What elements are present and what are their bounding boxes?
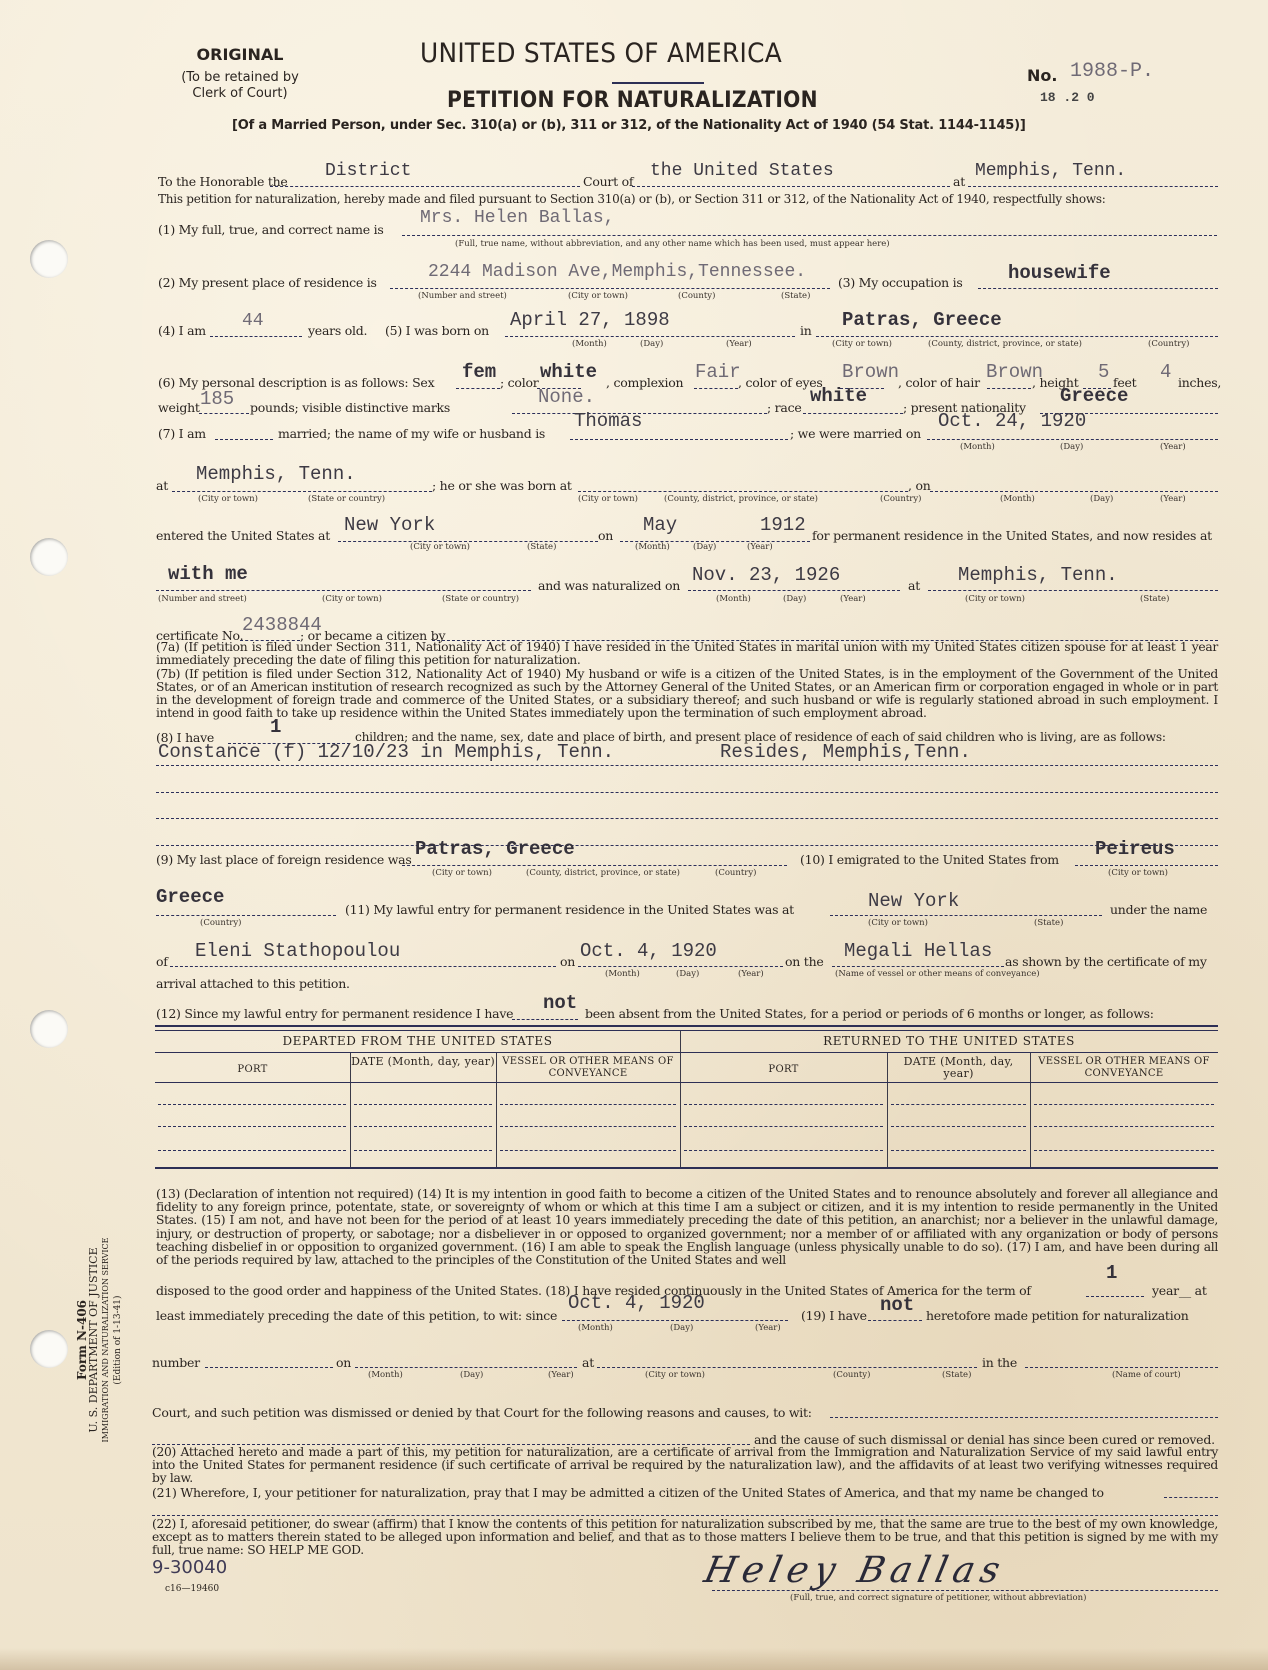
caption: (Country) bbox=[1148, 339, 1189, 349]
caption: (City or town) bbox=[322, 594, 382, 604]
original-label: ORIGINAL bbox=[175, 45, 305, 64]
table-cell[interactable] bbox=[354, 1104, 492, 1105]
q9-label: (9) My last place of foreign residence w… bbox=[156, 852, 412, 867]
field-line bbox=[1164, 1497, 1218, 1498]
since-label: least immediately preceding the date of … bbox=[156, 1308, 557, 1323]
table-cell[interactable] bbox=[500, 1150, 676, 1151]
emigrated-country-value[interactable]: Greece bbox=[156, 886, 224, 908]
field-line bbox=[830, 915, 1102, 916]
field-line bbox=[930, 491, 1218, 492]
child-1-value[interactable]: Constance (f) 12/10/23 in Memphis, Tenn. bbox=[158, 741, 614, 763]
caption: (State) bbox=[1140, 594, 1169, 604]
nationality-value[interactable]: Greece bbox=[1060, 385, 1128, 407]
q12-label: (12) Since my lawful entry for permanent… bbox=[156, 1006, 513, 1021]
since-date-value[interactable]: Oct. 4, 1920 bbox=[568, 1292, 705, 1314]
q12-tail: been absent from the United States, for … bbox=[585, 1006, 1154, 1021]
entered-label: entered the United States at bbox=[156, 528, 330, 543]
field-line bbox=[390, 288, 830, 289]
caption: (Day) bbox=[640, 339, 663, 349]
race-value[interactable]: white bbox=[810, 385, 867, 407]
col-header-date: DATE (Month, day, year) bbox=[887, 1056, 1030, 1080]
field-line bbox=[803, 413, 903, 414]
field-line bbox=[968, 186, 1218, 187]
caption: (County) bbox=[678, 291, 715, 301]
field-line bbox=[156, 792, 1218, 793]
caption: (Day) bbox=[693, 542, 716, 552]
table-cell[interactable] bbox=[500, 1126, 676, 1127]
caption: (Country) bbox=[715, 868, 756, 878]
table-cell[interactable] bbox=[158, 1126, 346, 1127]
table-cell[interactable] bbox=[1034, 1126, 1214, 1127]
caption: (State or country) bbox=[308, 494, 385, 504]
caption: (County, district, province, or state) bbox=[664, 494, 818, 504]
paragraph-22: (22) I, aforesaid petitioner, do swear (… bbox=[152, 1518, 1218, 1557]
number-label: No. bbox=[1027, 66, 1057, 85]
name-caption: (Full, true name, without abbreviation, … bbox=[455, 239, 890, 249]
caption: (City or town) bbox=[410, 542, 470, 552]
field-line bbox=[570, 439, 788, 440]
q4-label: (4) I am bbox=[158, 323, 206, 338]
height-inches-value[interactable]: 4 bbox=[1160, 361, 1171, 383]
caption: (Day) bbox=[460, 1370, 483, 1380]
field-line bbox=[694, 388, 738, 389]
signature-caption: (Full, true, and correct signature of pe… bbox=[790, 1593, 1086, 1603]
paragraph-7a: (7a) (If petition is filed under Section… bbox=[156, 641, 1218, 667]
caption: (Year) bbox=[1160, 494, 1186, 504]
number-label: number bbox=[152, 1355, 200, 1370]
col-header-date: DATE (Month, day, year) bbox=[350, 1056, 496, 1068]
naturalized-at-value[interactable]: Memphis, Tenn. bbox=[958, 564, 1118, 586]
caption: (City or town) bbox=[1108, 868, 1168, 878]
q10-label: (10) I emigrated to the United States fr… bbox=[800, 852, 1059, 867]
caption: (State) bbox=[942, 1370, 971, 1380]
field-line bbox=[597, 1367, 977, 1368]
field-line bbox=[156, 818, 1218, 819]
caption: (Country) bbox=[880, 494, 921, 504]
complexion-value[interactable]: Fair bbox=[695, 361, 741, 383]
occupation-value[interactable]: housewife bbox=[1008, 262, 1111, 284]
foreign-residence-value[interactable]: Patras, Greece bbox=[415, 838, 575, 860]
caption: (City or town) bbox=[868, 918, 928, 928]
document-subtitle: PETITION FOR NATURALIZATION bbox=[447, 88, 818, 113]
entered-month-value[interactable]: May bbox=[643, 514, 677, 536]
married-label: married; the name of my wife or husband … bbox=[278, 426, 545, 441]
term-years-value[interactable]: 1 bbox=[1106, 1262, 1117, 1284]
field-line bbox=[199, 413, 249, 414]
residence-value[interactable]: 2244 Madison Ave,Memphis,Tennessee. bbox=[428, 262, 806, 282]
retained-note-2: Clerk of Court) bbox=[155, 86, 325, 101]
petitioner-signature: Heley Ballas bbox=[701, 1550, 1010, 1591]
field-line bbox=[832, 966, 1004, 967]
col-header-vessel: VESSEL OR OTHER MEANS OF CONVEYANCE bbox=[1030, 1056, 1218, 1080]
table-cell[interactable] bbox=[158, 1150, 346, 1151]
caption: (Year) bbox=[747, 542, 773, 552]
inches-label: inches, bbox=[1178, 375, 1221, 390]
caption: (Day) bbox=[676, 969, 699, 979]
absent-value[interactable]: not bbox=[543, 992, 577, 1014]
caption: (Number and street) bbox=[158, 594, 247, 604]
field-line bbox=[688, 590, 900, 591]
caption: (Month) bbox=[960, 442, 995, 452]
field-line bbox=[270, 186, 580, 187]
field-line bbox=[978, 288, 1218, 289]
age-value[interactable]: 44 bbox=[242, 311, 264, 331]
petition-intro: This petition for naturalization, hereby… bbox=[158, 192, 1106, 206]
field-line bbox=[505, 336, 795, 337]
caption: (Number and street) bbox=[418, 291, 507, 301]
field-line bbox=[830, 1417, 1218, 1418]
eyes-value[interactable]: Brown bbox=[842, 361, 899, 383]
caption: (City or town) bbox=[578, 494, 638, 504]
q11-label: (11) My lawful entry for permanent resid… bbox=[345, 902, 794, 917]
on-the-label: on the bbox=[785, 954, 824, 969]
on-label: on bbox=[560, 954, 575, 969]
marks-value[interactable]: None. bbox=[538, 386, 595, 408]
at-label: at bbox=[953, 174, 965, 189]
field-line bbox=[1075, 865, 1218, 866]
caption: (State) bbox=[781, 291, 810, 301]
entered-tail: for permanent residence in the United St… bbox=[812, 528, 1212, 543]
q5-label: (5) I was born on bbox=[385, 323, 489, 338]
court-label: To the Honorable the bbox=[158, 174, 288, 189]
field-line bbox=[170, 966, 556, 967]
table-cell[interactable] bbox=[891, 1104, 1026, 1105]
entered-year-value[interactable]: 1912 bbox=[760, 514, 806, 536]
departed-title: DEPARTED FROM THE UNITED STATES bbox=[155, 1034, 680, 1048]
table-cell[interactable] bbox=[500, 1104, 676, 1105]
caption: (City or town) bbox=[432, 868, 492, 878]
field-line bbox=[816, 336, 1218, 337]
spouse-value[interactable]: Thomas bbox=[574, 410, 642, 432]
title-underline bbox=[612, 82, 704, 84]
caption: (Day) bbox=[1060, 442, 1083, 452]
field-line bbox=[172, 491, 432, 492]
field-line bbox=[927, 439, 1218, 440]
col-header-vessel: VESSEL OR OTHER MEANS OF CONVEYANCE bbox=[496, 1056, 680, 1080]
table-cell[interactable] bbox=[684, 1126, 883, 1127]
in-the-label: in the bbox=[982, 1355, 1017, 1370]
complexion-label: , complexion bbox=[606, 375, 683, 390]
field-line bbox=[632, 186, 950, 187]
under-name-label: under the name bbox=[1110, 902, 1207, 917]
emigrated-from-value[interactable]: Peireus bbox=[1095, 838, 1175, 860]
caption: (Month) bbox=[605, 969, 640, 979]
race-label: ; race bbox=[767, 400, 802, 415]
caption: (City or town) bbox=[568, 291, 628, 301]
caption: (State) bbox=[527, 542, 556, 552]
court-location-value[interactable]: Memphis, Tenn. bbox=[975, 161, 1126, 181]
paragraph-21: (21) Wherefore, I, your petitioner for n… bbox=[152, 1485, 1104, 1500]
at-label: at bbox=[156, 478, 168, 493]
caption: (Country) bbox=[200, 918, 241, 928]
certificate-tail: as shown by the certificate of my bbox=[1005, 954, 1207, 969]
court-of-value[interactable]: the United States bbox=[650, 161, 834, 181]
form-edition: (Edition of 1-13-41) bbox=[112, 1225, 124, 1455]
field-line bbox=[205, 1367, 333, 1368]
caption: (County, district, province, or state) bbox=[526, 868, 680, 878]
declarations-13-17: (13) (Declaration of intention not requi… bbox=[156, 1188, 1218, 1267]
q3-label: (3) My occupation is bbox=[838, 275, 963, 290]
on-label: on bbox=[336, 1355, 351, 1370]
table-cell[interactable] bbox=[684, 1150, 883, 1151]
color-label: ; color bbox=[500, 375, 538, 390]
punch-hole bbox=[30, 1010, 68, 1048]
q19-tail: heretofore made petition for naturalizat… bbox=[926, 1308, 1189, 1323]
form-sidebar: Form N-406 U. S. DEPARTMENT OF JUSTICE I… bbox=[76, 1225, 124, 1455]
print-code: c16—19460 bbox=[165, 1584, 219, 1594]
birth-date-value[interactable]: April 27, 1898 bbox=[510, 309, 670, 331]
document-title: UNITED STATES OF AMERICA bbox=[420, 38, 782, 69]
field-line bbox=[156, 590, 531, 591]
field-line bbox=[215, 439, 273, 440]
col-header-port: PORT bbox=[155, 1064, 350, 1075]
page-edge-shadow bbox=[0, 1648, 1268, 1670]
arrival-text: arrival attached to this petition. bbox=[156, 976, 350, 991]
returned-title: RETURNED TO THE UNITED STATES bbox=[680, 1034, 1218, 1048]
petition-before-value[interactable]: not bbox=[880, 1294, 914, 1316]
punch-hole bbox=[30, 538, 68, 576]
retained-note-1: (To be retained by bbox=[155, 70, 325, 85]
statute-note: [Of a Married Person, under Sec. 310(a) … bbox=[232, 118, 1026, 133]
paragraph-7b: (7b) (If petition is filed under Section… bbox=[156, 668, 1218, 720]
field-line bbox=[152, 1515, 1218, 1516]
caption: (Name of court) bbox=[1112, 1370, 1181, 1380]
court-type-value[interactable]: District bbox=[325, 161, 411, 181]
service-name: IMMIGRATION AND NATURALIZATION SERVICE bbox=[100, 1225, 112, 1455]
caption: (City or town) bbox=[832, 339, 892, 349]
hair-label: , color of hair bbox=[898, 375, 980, 390]
q2-label: (2) My present place of residence is bbox=[158, 275, 377, 290]
q7-label: (7) I am bbox=[158, 426, 206, 441]
at-label: at bbox=[582, 1355, 594, 1370]
weight-label: weight bbox=[158, 400, 200, 415]
naturalized-label: and was naturalized on bbox=[538, 578, 680, 593]
table-cell[interactable] bbox=[891, 1150, 1026, 1151]
department-name: U. S. DEPARTMENT OF JUSTICE bbox=[88, 1225, 100, 1455]
field-line bbox=[987, 388, 1031, 389]
caption: (City or town) bbox=[965, 594, 1025, 604]
caption: (Day) bbox=[670, 1323, 693, 1333]
married-on-value[interactable]: Oct. 24, 1920 bbox=[938, 410, 1086, 432]
field-line bbox=[456, 388, 500, 389]
field-line bbox=[156, 765, 1218, 766]
color-value[interactable]: white bbox=[540, 361, 597, 383]
field-line bbox=[210, 336, 302, 337]
caption: (Name of vessel or other means of convey… bbox=[835, 969, 1040, 979]
married-on-label: ; we were married on bbox=[790, 426, 921, 441]
field-line bbox=[578, 966, 783, 967]
sex-value[interactable]: fem bbox=[462, 361, 496, 383]
court-of-label: Court of bbox=[583, 174, 633, 189]
q1-label: (1) My full, true, and correct name is bbox=[158, 222, 384, 237]
full-name-value[interactable]: Mrs. Helen Ballas, bbox=[420, 208, 614, 228]
caption: (Year) bbox=[1160, 442, 1186, 452]
field-line bbox=[402, 235, 1217, 236]
caption: (Month) bbox=[572, 339, 607, 349]
caption: (City or town) bbox=[198, 494, 258, 504]
q19-label: (19) I have bbox=[801, 1308, 867, 1323]
caption: (City or town) bbox=[645, 1370, 705, 1380]
field-line bbox=[156, 845, 1218, 846]
table-cell[interactable] bbox=[158, 1104, 346, 1105]
child-1-residence-value[interactable]: Resides, Memphis,Tenn. bbox=[720, 741, 971, 763]
naturalized-on-value[interactable]: Nov. 23, 1926 bbox=[692, 564, 840, 586]
table-cell[interactable] bbox=[1034, 1104, 1214, 1105]
caption: (Year) bbox=[738, 969, 764, 979]
petition-number: 1988-P. bbox=[1070, 60, 1154, 83]
caption: (Day) bbox=[1090, 494, 1113, 504]
resides-value[interactable]: with me bbox=[168, 563, 248, 585]
dismissed-text: Court, and such petition was dismissed o… bbox=[152, 1405, 812, 1420]
table-cell[interactable] bbox=[354, 1150, 492, 1151]
field-line bbox=[578, 491, 908, 492]
caption: (County) bbox=[833, 1370, 870, 1380]
children-count-value[interactable]: 1 bbox=[270, 716, 281, 738]
caption: (Month) bbox=[716, 594, 751, 604]
field-line bbox=[402, 865, 787, 866]
caption: (County, district, province, or state) bbox=[928, 339, 1082, 349]
entered-at-value[interactable]: New York bbox=[344, 514, 435, 536]
pounds-label: pounds; visible distinctive marks bbox=[250, 400, 450, 415]
field-line bbox=[562, 1320, 788, 1321]
caption: (Month) bbox=[368, 1370, 403, 1380]
table-cell[interactable] bbox=[684, 1104, 883, 1105]
caption: (State or country) bbox=[442, 594, 519, 604]
weight-value[interactable]: 185 bbox=[200, 388, 234, 410]
entry-name-value[interactable]: Eleni Stathopoulou bbox=[195, 940, 400, 962]
table-cell[interactable] bbox=[1034, 1150, 1214, 1151]
caption: (Year) bbox=[840, 594, 866, 604]
field-line bbox=[1086, 1296, 1144, 1297]
vessel-value[interactable]: Megali Hellas bbox=[844, 940, 992, 962]
height-feet-value[interactable]: 5 bbox=[1098, 361, 1109, 383]
table-cell[interactable] bbox=[354, 1126, 492, 1127]
birth-place-value[interactable]: Patras, Greece bbox=[842, 309, 1002, 331]
on-label: on bbox=[598, 528, 613, 543]
field-line bbox=[156, 915, 336, 916]
field-line bbox=[1025, 1367, 1218, 1368]
year-label: year__ at bbox=[1152, 1283, 1207, 1298]
caption: (Month) bbox=[635, 542, 670, 552]
caption: (Year) bbox=[726, 339, 752, 349]
field-line bbox=[868, 1320, 922, 1321]
of-label: of bbox=[156, 954, 168, 969]
entry-at-value[interactable]: New York bbox=[868, 890, 959, 912]
entry-date-value[interactable]: Oct. 4, 1920 bbox=[580, 940, 717, 962]
stamp-marks: 18 .2 0 bbox=[1040, 90, 1095, 105]
punch-hole bbox=[30, 240, 68, 278]
on-label: , on bbox=[908, 478, 931, 493]
col-header-port: PORT bbox=[680, 1064, 887, 1075]
caption: (State) bbox=[1034, 918, 1063, 928]
table-cell[interactable] bbox=[891, 1126, 1026, 1127]
punch-hole bbox=[30, 1330, 68, 1368]
in-label: in bbox=[800, 323, 812, 338]
paragraph-20: (20) Attached hereto and made a part of … bbox=[152, 1446, 1218, 1485]
caption: (Year) bbox=[548, 1370, 574, 1380]
caption: (Year) bbox=[755, 1323, 781, 1333]
at-label: at bbox=[908, 578, 920, 593]
caption: (Month) bbox=[578, 1323, 613, 1333]
caption: (Month) bbox=[1000, 494, 1035, 504]
file-number: 9-30040 bbox=[152, 1557, 227, 1578]
married-at-value[interactable]: Memphis, Tenn. bbox=[196, 463, 356, 485]
spouse-born-label: ; he or she was born at bbox=[432, 478, 572, 493]
field-line bbox=[928, 590, 1218, 591]
age-suffix: years old. bbox=[308, 323, 367, 338]
field-line bbox=[512, 1019, 578, 1020]
caption: (Day) bbox=[783, 594, 806, 604]
field-line bbox=[355, 1367, 577, 1368]
